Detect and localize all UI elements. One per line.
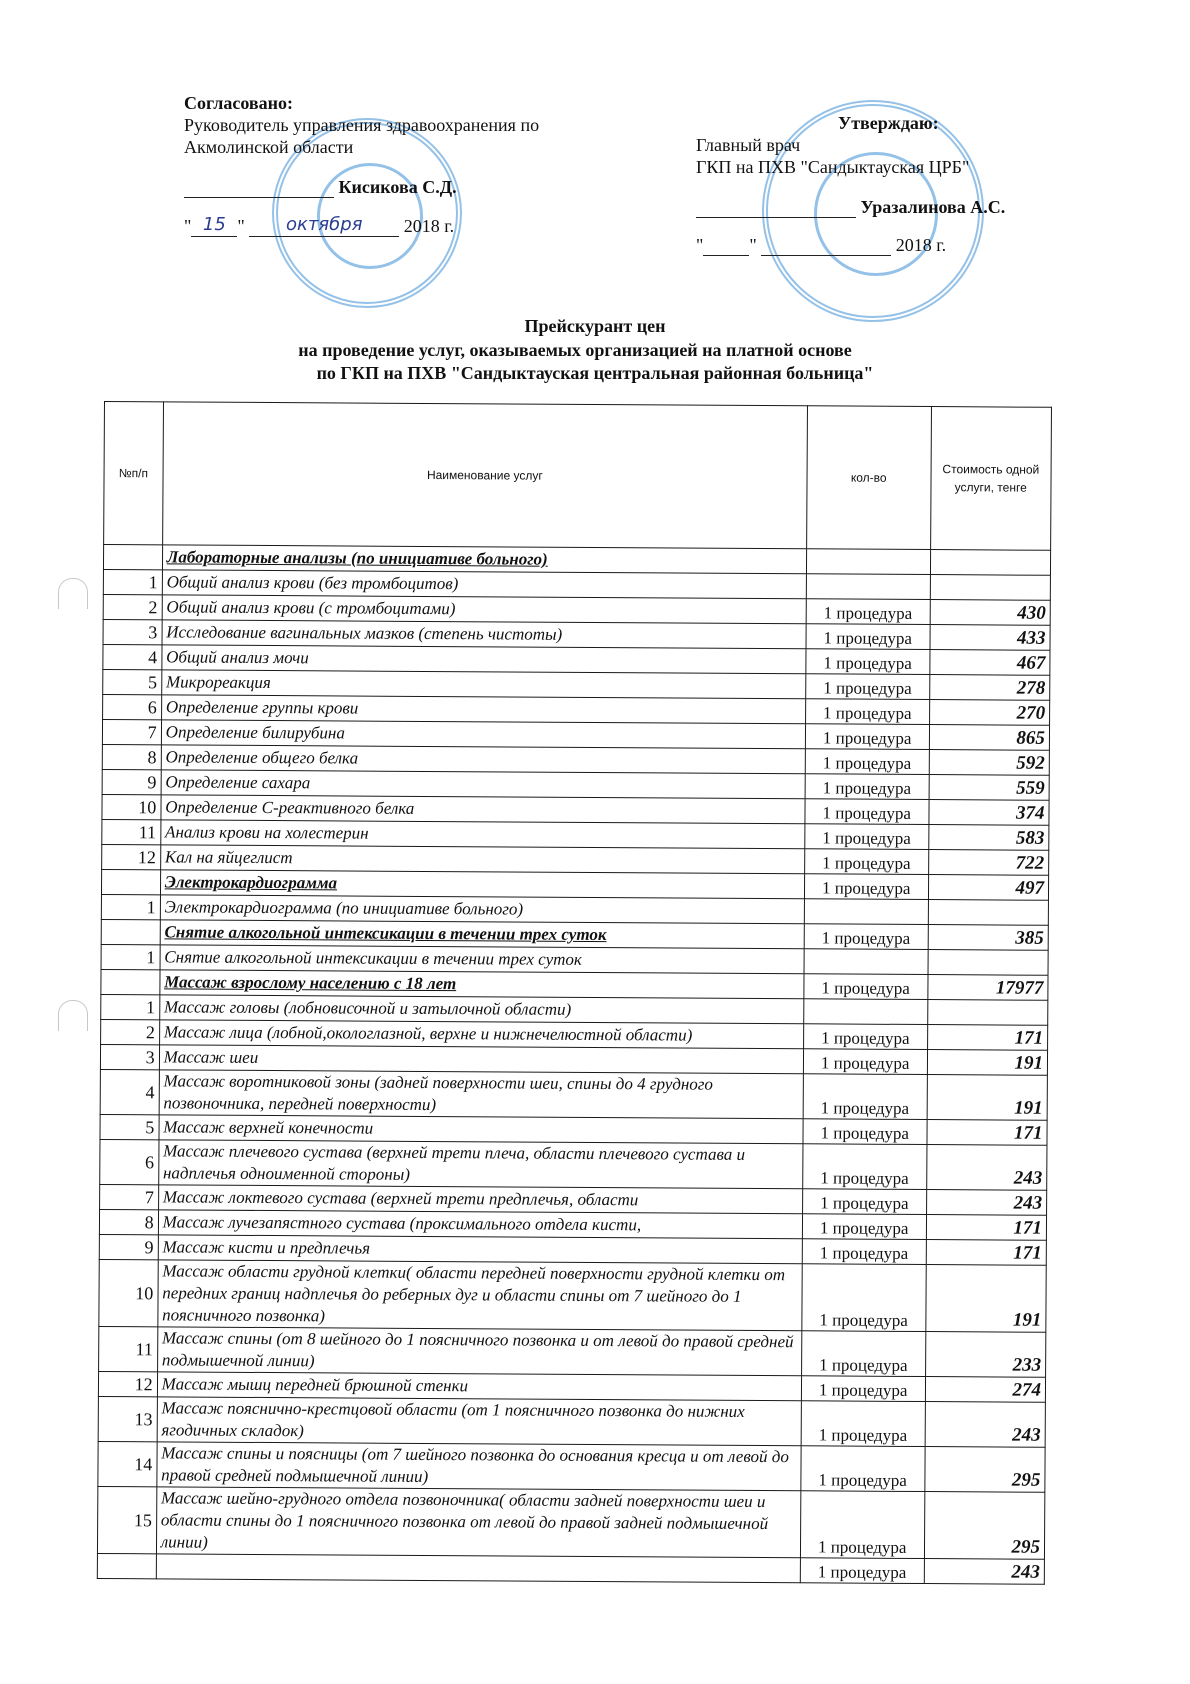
- service-name: Массаж области грудной клетки( области п…: [158, 1260, 803, 1331]
- service-price: 191: [927, 1050, 1048, 1076]
- row-number: 3: [100, 1044, 159, 1069]
- punch-hole-mark: [58, 1000, 88, 1031]
- service-quantity: 1 процедура: [801, 1401, 925, 1447]
- service-quantity: 1 процедура: [800, 1491, 924, 1559]
- row-number: 6: [103, 694, 162, 719]
- row-number: 3: [103, 619, 162, 644]
- service-quantity: 1 процедура: [804, 974, 928, 1000]
- service-price: 467: [929, 650, 1050, 676]
- row-number: 7: [102, 719, 161, 744]
- service-quantity: 1 процедура: [802, 1239, 926, 1265]
- row-number: 13: [98, 1396, 157, 1441]
- service-price: 274: [925, 1377, 1046, 1403]
- service-price: 243: [926, 1145, 1047, 1191]
- table-row: 15Массаж шейно-грудного отдела позвоночн…: [97, 1486, 1044, 1559]
- service-name: Массаж воротниковой зоны (задней поверхн…: [159, 1070, 803, 1119]
- signer-name: Кисикова С.Д.: [339, 177, 457, 197]
- service-price: 430: [930, 600, 1051, 626]
- row-number: 4: [103, 644, 162, 669]
- document-title: Прейскурант цен: [0, 316, 1190, 337]
- service-name: Снятие алкогольной интексикации в течени…: [160, 945, 804, 974]
- service-quantity: 1 процедура: [806, 649, 930, 675]
- approval-position-region: Акмолинской области: [184, 136, 604, 158]
- service-quantity: 1 процедура: [803, 1119, 927, 1145]
- service-price: 559: [929, 775, 1050, 801]
- header-price: Стоимость одной услуги, тенге: [930, 407, 1051, 551]
- service-price: 171: [926, 1120, 1047, 1146]
- service-price: 171: [926, 1215, 1047, 1241]
- service-price: 295: [924, 1492, 1045, 1560]
- service-quantity: 1 процедура: [803, 1024, 927, 1050]
- row-number: 12: [98, 1371, 157, 1396]
- table-row: 10Массаж области грудной клетки( области…: [99, 1259, 1046, 1332]
- service-name: Определение общего белка: [161, 745, 805, 774]
- service-quantity: [806, 574, 930, 600]
- approval-date: "15" октября 2018 г.: [184, 214, 604, 237]
- row-number: 5: [103, 669, 162, 694]
- row-number: [101, 919, 160, 944]
- service-name: Анализ крови на холестерин: [161, 820, 805, 849]
- service-price: 278: [929, 675, 1050, 701]
- service-name: Общий анализ мочи: [162, 645, 806, 674]
- service-price: [928, 900, 1049, 926]
- service-name: Определение билирубина: [161, 720, 805, 749]
- row-number: 9: [99, 1234, 158, 1259]
- service-name: Микрореакция: [161, 670, 805, 699]
- table-row: 6Массаж плечевого сустава (верхней трети…: [100, 1139, 1047, 1190]
- approval-position: Главный врач: [696, 134, 1056, 156]
- service-price: 270: [929, 700, 1050, 726]
- service-quantity: 1 процедура: [805, 699, 929, 725]
- row-number: 15: [97, 1486, 156, 1553]
- row-number: [103, 545, 162, 570]
- service-name: Массаж спины (от 8 шейного до 1 поясничн…: [157, 1327, 801, 1376]
- service-name: Общий анализ крови (с тромбоцитами): [162, 595, 806, 624]
- service-name: Кал на яйцеглист: [160, 845, 804, 874]
- header-quantity: кол-во: [807, 406, 931, 550]
- service-name: Электрокардиограмма (по инициативе больн…: [160, 895, 804, 924]
- service-name: Массаж шейно-грудного отдела позвоночник…: [156, 1487, 801, 1558]
- row-number: 8: [99, 1209, 158, 1234]
- row-number: 6: [100, 1139, 159, 1184]
- row-number: 8: [102, 744, 161, 769]
- row-number: 9: [102, 769, 161, 794]
- service-price: 592: [929, 750, 1050, 776]
- service-name: Массаж головы (лобновисочной и затылочно…: [159, 995, 803, 1024]
- service-quantity: [804, 999, 928, 1025]
- service-quantity: 1 процедура: [800, 1558, 924, 1584]
- row-number: 11: [99, 1326, 158, 1371]
- header-service-name: Наименование услуг: [162, 402, 807, 549]
- row-number: 1: [101, 944, 160, 969]
- approval-position: Руководитель управления здравоохранения …: [184, 114, 604, 136]
- row-number: [97, 1553, 156, 1578]
- service-quantity: 1 процедура: [805, 824, 929, 850]
- service-price: 374: [928, 800, 1049, 826]
- row-number: [101, 869, 160, 894]
- row-number: 12: [102, 844, 161, 869]
- service-name: Массаж верхней конечности: [159, 1115, 803, 1144]
- approval-organization: ГКП на ПХВ "Сандыктауская ЦРБ": [696, 156, 1056, 178]
- service-name: Массаж пояснично-крестцовой области (от …: [157, 1397, 801, 1446]
- row-number: 2: [101, 1019, 160, 1044]
- row-number: 4: [100, 1069, 159, 1114]
- approval-heading: Согласовано:: [184, 92, 604, 114]
- section-title: Электрокардиограмма: [160, 870, 804, 899]
- date-day: 15: [191, 214, 237, 237]
- table-row: 4Массаж воротниковой зоны (задней поверх…: [100, 1069, 1047, 1120]
- service-price: [928, 950, 1049, 976]
- service-price: 722: [928, 850, 1049, 876]
- service-name: Массаж шеи: [159, 1045, 803, 1074]
- service-quantity: 1 процедура: [804, 874, 928, 900]
- service-price: 191: [925, 1265, 1046, 1333]
- price-list-table: №п/п Наименование услуг кол-во Стоимость…: [97, 401, 1052, 1585]
- row-number: [101, 969, 160, 994]
- service-price: [930, 575, 1051, 601]
- service-price: 171: [927, 1025, 1048, 1051]
- service-price: 191: [927, 1075, 1048, 1121]
- service-quantity: 1 процедура: [806, 624, 930, 650]
- service-quantity: 1 процедура: [803, 1144, 927, 1190]
- service-quantity: 1 процедура: [805, 774, 929, 800]
- service-name: Массаж плечевого сустава (верхней трети …: [158, 1140, 802, 1189]
- document-subtitle-organization: по ГКП на ПХВ "Сандыктауская центральная…: [0, 363, 1190, 384]
- service-price: 243: [926, 1190, 1047, 1216]
- service-quantity: 1 процедура: [806, 674, 930, 700]
- signature-line: [184, 197, 334, 198]
- service-quantity: 1 процедура: [802, 1214, 926, 1240]
- table-header-row: №п/п Наименование услуг кол-во Стоимость…: [104, 402, 1052, 551]
- service-quantity: [804, 949, 928, 975]
- date-year: 2018 г.: [896, 235, 946, 255]
- service-price: 865: [929, 725, 1050, 751]
- row-number: 10: [102, 794, 161, 819]
- table-row: 14Массаж спины и поясницы (от 7 шейного …: [98, 1441, 1045, 1492]
- service-price: [927, 1000, 1048, 1026]
- service-price: 243: [924, 1559, 1045, 1585]
- approval-heading: Утверждаю:: [838, 112, 1056, 134]
- service-quantity: 1 процедура: [801, 1446, 925, 1492]
- row-number: 5: [100, 1114, 159, 1139]
- service-price: 295: [924, 1447, 1045, 1493]
- service-name: Исследование вагинальных мазков (степень…: [162, 620, 806, 649]
- row-number: 7: [100, 1184, 159, 1209]
- service-name: [156, 1554, 800, 1583]
- service-price: 171: [926, 1240, 1047, 1266]
- service-quantity: 1 процедура: [801, 1376, 925, 1402]
- service-quantity: 1 процедура: [805, 849, 929, 875]
- service-name: Массаж лица (лобной,окологлазной, верхне…: [159, 1020, 803, 1049]
- section-title: Снятие алкогольной интексикации в течени…: [160, 920, 804, 949]
- signer-name: Уразалинова А.С.: [861, 197, 1006, 217]
- row-number: 1: [101, 994, 160, 1019]
- approval-agreed-block: Согласовано: Руководитель управления здр…: [184, 92, 604, 237]
- service-price: 233: [925, 1332, 1046, 1378]
- approval-date: "" 2018 г.: [696, 234, 1056, 256]
- service-quantity: 1 процедура: [803, 1049, 927, 1075]
- service-price: 583: [928, 825, 1049, 851]
- signature-line: [696, 217, 856, 218]
- punch-hole-mark: [58, 578, 88, 609]
- service-quantity: 1 процедура: [805, 724, 929, 750]
- document-subtitle: на проведение услуг, оказываемых организ…: [0, 340, 1170, 361]
- service-quantity: 1 процедура: [805, 749, 929, 775]
- service-price: 497: [928, 875, 1049, 901]
- row-number: 1: [103, 569, 162, 594]
- service-quantity: 1 процедура: [802, 1264, 926, 1332]
- date-month: октября: [249, 214, 399, 237]
- service-name: Определение группы крови: [161, 695, 805, 724]
- service-quantity: 1 процедура: [801, 1331, 925, 1377]
- section-title: Массаж взрослому населению с 18 лет: [160, 970, 804, 999]
- table-row: 11Массаж спины (от 8 шейного до 1 поясни…: [99, 1326, 1046, 1377]
- service-quantity: 1 процедура: [803, 1074, 927, 1120]
- service-quantity: [806, 549, 930, 575]
- approval-confirm-block: Утверждаю: Главный врач ГКП на ПХВ "Санд…: [696, 118, 1056, 256]
- service-name: Определение сахара: [161, 770, 805, 799]
- row-number: 11: [102, 819, 161, 844]
- service-quantity: [804, 899, 928, 925]
- service-quantity: 1 процедура: [805, 799, 929, 825]
- header-number: №п/п: [104, 402, 164, 545]
- service-name: Определение С-реактивного белка: [161, 795, 805, 824]
- service-name: Массаж спины и поясницы (от 7 шейного по…: [157, 1442, 801, 1491]
- date-day: [703, 255, 749, 256]
- date-year: 2018 г.: [404, 216, 454, 236]
- row-number: 1: [101, 894, 160, 919]
- row-number: 10: [99, 1259, 158, 1326]
- table-row: 1 процедура243: [97, 1553, 1044, 1584]
- service-price: 385: [928, 925, 1049, 951]
- service-price: 433: [930, 625, 1051, 651]
- row-number: 2: [103, 594, 162, 619]
- row-number: 14: [98, 1441, 157, 1486]
- date-month: [761, 255, 891, 256]
- service-price: 17977: [927, 975, 1048, 1001]
- service-quantity: 1 процедура: [804, 924, 928, 950]
- service-quantity: 1 процедура: [802, 1189, 926, 1215]
- service-quantity: 1 процедура: [806, 599, 930, 625]
- service-price: 243: [925, 1402, 1046, 1448]
- price-table-body: Лабораторные анализы (по инициативе боль…: [97, 545, 1050, 1585]
- service-price: [930, 550, 1051, 576]
- table-row: 13Массаж пояснично-крестцовой области (о…: [98, 1396, 1045, 1447]
